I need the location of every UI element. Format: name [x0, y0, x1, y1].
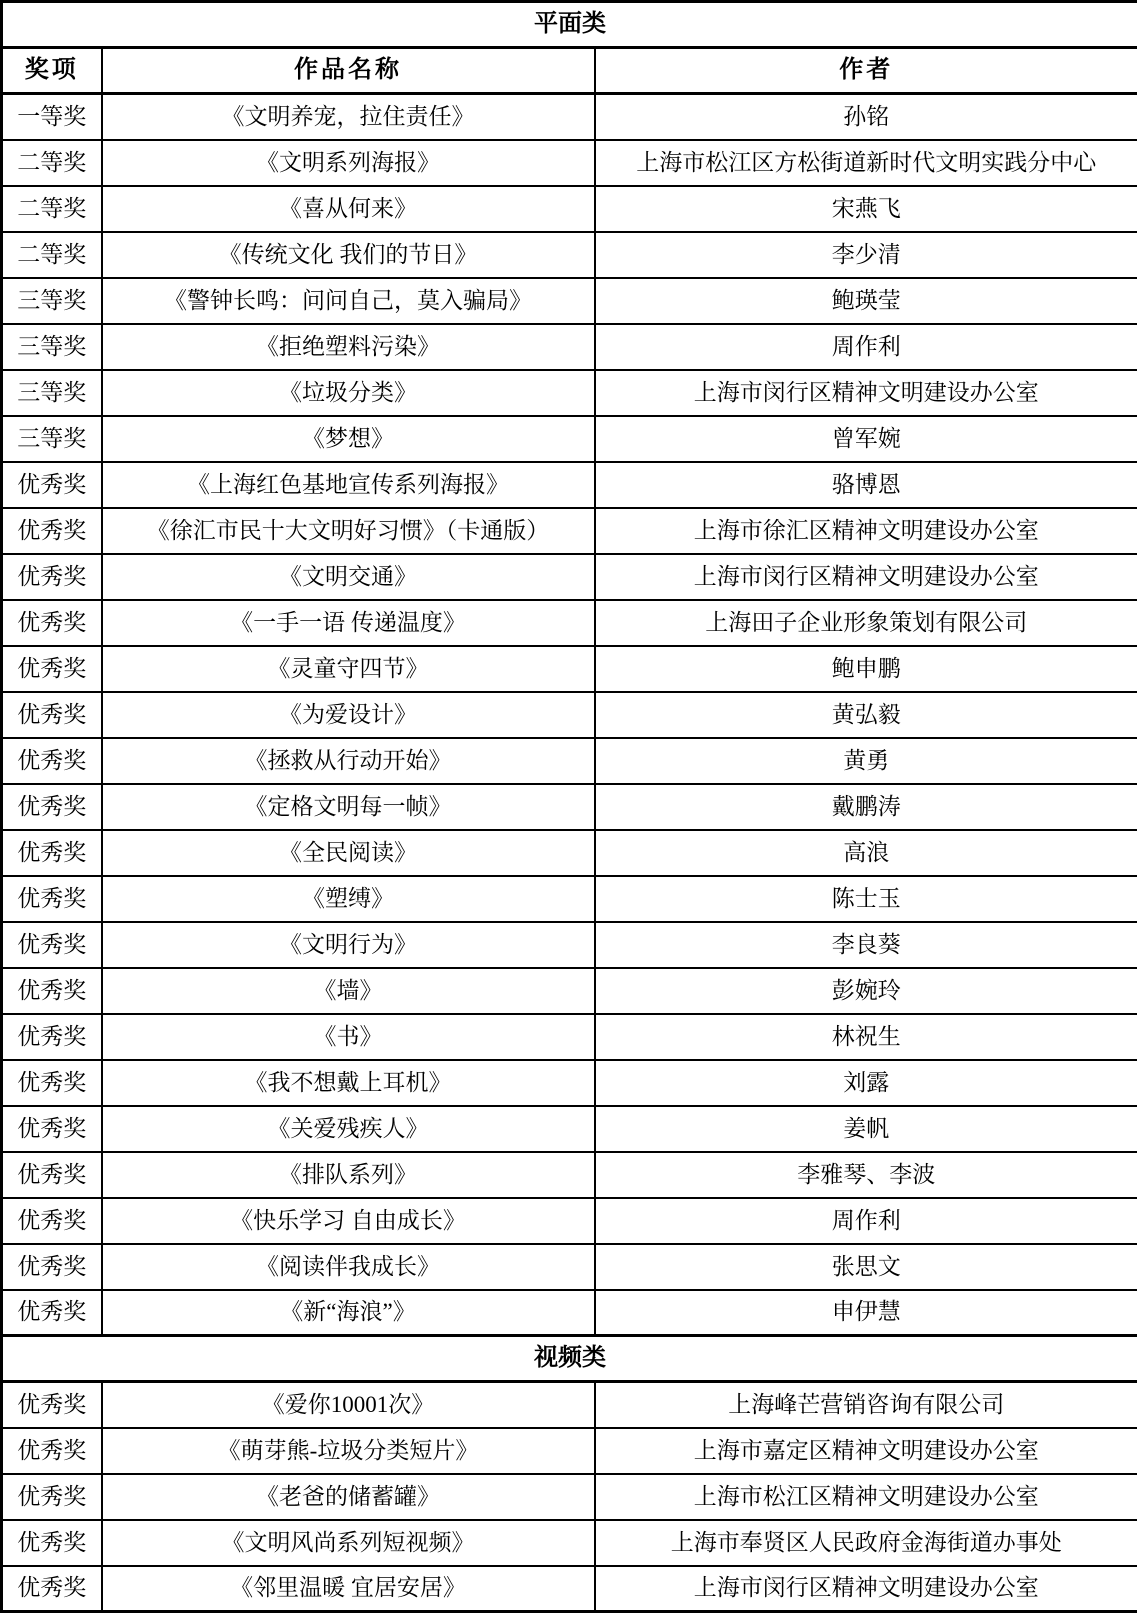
work-title-cell: 《警钟长鸣：问问自己，莫入骗局》 [102, 278, 595, 324]
work-title-cell: 《徐汇市民十大文明好习惯》（卡通版） [102, 508, 595, 554]
award-cell: 优秀奖 [2, 830, 102, 876]
award-cell: 优秀奖 [2, 738, 102, 784]
table-row: 优秀奖《老爸的储蓄罐》上海市松江区精神文明建设办公室 [2, 1474, 1137, 1520]
work-title-cell: 《排队系列》 [102, 1152, 595, 1198]
author-cell: 李良葵 [595, 922, 1137, 968]
work-title-cell: 《萌芽熊-垃圾分类短片》 [102, 1428, 595, 1474]
award-cell: 优秀奖 [2, 968, 102, 1014]
author-cell: 宋燕飞 [595, 186, 1137, 232]
table-row: 优秀奖《徐汇市民十大文明好习惯》（卡通版）上海市徐汇区精神文明建设办公室 [2, 508, 1137, 554]
work-title-cell: 《新“海浪”》 [102, 1290, 595, 1336]
work-title-cell: 《为爱设计》 [102, 692, 595, 738]
author-cell: 李少清 [595, 232, 1137, 278]
author-cell: 姜帆 [595, 1106, 1137, 1152]
award-cell: 二等奖 [2, 140, 102, 186]
award-cell: 优秀奖 [2, 1566, 102, 1612]
award-cell: 优秀奖 [2, 784, 102, 830]
table-row: 优秀奖《拯救从行动开始》黄勇 [2, 738, 1137, 784]
work-title-cell: 《文明系列海报》 [102, 140, 595, 186]
work-title-cell: 《传统文化 我们的节日》 [102, 232, 595, 278]
author-cell: 曾军婉 [595, 416, 1137, 462]
table-row: 优秀奖《爱你10001次》上海峰芒营销咨询有限公司 [2, 1382, 1137, 1428]
work-title-cell: 《文明行为》 [102, 922, 595, 968]
work-title-cell: 《我不想戴上耳机》 [102, 1060, 595, 1106]
award-cell: 三等奖 [2, 370, 102, 416]
document-page: 平面类奖项作品名称作者一等奖《文明养宠，拉住责任》孙铭二等奖《文明系列海报》上海… [0, 0, 1137, 1613]
author-cell: 周作利 [595, 324, 1137, 370]
work-title-cell: 《爱你10001次》 [102, 1382, 595, 1428]
author-cell: 上海市奉贤区人民政府金海街道办事处 [595, 1520, 1137, 1566]
award-cell: 三等奖 [2, 416, 102, 462]
author-cell: 上海市嘉定区精神文明建设办公室 [595, 1428, 1137, 1474]
work-title-cell: 《喜从何来》 [102, 186, 595, 232]
work-title-cell: 《一手一语 传递温度》 [102, 600, 595, 646]
author-cell: 黄弘毅 [595, 692, 1137, 738]
table-row: 三等奖《警钟长鸣：问问自己，莫入骗局》鲍瑛莹 [2, 278, 1137, 324]
table-row: 二等奖《喜从何来》宋燕飞 [2, 186, 1137, 232]
award-cell: 优秀奖 [2, 1152, 102, 1198]
section-header-row: 视频类 [2, 1336, 1137, 1382]
work-title-cell: 《上海红色基地宣传系列海报》 [102, 462, 595, 508]
work-title-cell: 《关爱残疾人》 [102, 1106, 595, 1152]
author-cell: 上海市闵行区精神文明建设办公室 [595, 554, 1137, 600]
section-title: 视频类 [2, 1336, 1137, 1382]
award-cell: 优秀奖 [2, 1014, 102, 1060]
author-cell: 林祝生 [595, 1014, 1137, 1060]
award-cell: 三等奖 [2, 324, 102, 370]
award-cell: 优秀奖 [2, 1290, 102, 1336]
table-row: 优秀奖《文明行为》李良葵 [2, 922, 1137, 968]
author-cell: 孙铭 [595, 94, 1137, 140]
col-header-award: 奖项 [2, 48, 102, 94]
author-cell: 上海市闵行区精神文明建设办公室 [595, 1566, 1137, 1612]
work-title-cell: 《全民阅读》 [102, 830, 595, 876]
author-cell: 上海市松江区精神文明建设办公室 [595, 1474, 1137, 1520]
author-cell: 鲍申鹏 [595, 646, 1137, 692]
award-cell: 优秀奖 [2, 1428, 102, 1474]
author-cell: 上海峰芒营销咨询有限公司 [595, 1382, 1137, 1428]
table-row: 优秀奖《排队系列》李雅琴、李波 [2, 1152, 1137, 1198]
table-row: 优秀奖《萌芽熊-垃圾分类短片》上海市嘉定区精神文明建设办公室 [2, 1428, 1137, 1474]
author-cell: 陈士玉 [595, 876, 1137, 922]
table-row: 优秀奖《定格文明每一帧》戴鹏涛 [2, 784, 1137, 830]
table-row: 优秀奖《书》林祝生 [2, 1014, 1137, 1060]
table-row: 优秀奖《文明风尚系列短视频》上海市奉贤区人民政府金海街道办事处 [2, 1520, 1137, 1566]
award-cell: 一等奖 [2, 94, 102, 140]
work-title-cell: 《文明风尚系列短视频》 [102, 1520, 595, 1566]
author-cell: 骆博恩 [595, 462, 1137, 508]
author-cell: 上海市松江区方松街道新时代文明实践分中心 [595, 140, 1137, 186]
table-row: 三等奖《垃圾分类》上海市闵行区精神文明建设办公室 [2, 370, 1137, 416]
author-cell: 申伊慧 [595, 1290, 1137, 1336]
award-cell: 优秀奖 [2, 1060, 102, 1106]
awards-table-body: 平面类奖项作品名称作者一等奖《文明养宠，拉住责任》孙铭二等奖《文明系列海报》上海… [2, 2, 1137, 1612]
author-cell: 鲍瑛莹 [595, 278, 1137, 324]
work-title-cell: 《快乐学习 自由成长》 [102, 1198, 595, 1244]
section-header-row: 平面类 [2, 2, 1137, 48]
author-cell: 戴鹏涛 [595, 784, 1137, 830]
table-row: 优秀奖《灵童守四节》鲍申鹏 [2, 646, 1137, 692]
author-cell: 上海市徐汇区精神文明建设办公室 [595, 508, 1137, 554]
author-cell: 黄勇 [595, 738, 1137, 784]
work-title-cell: 《邻里温暖 宜居安居》 [102, 1566, 595, 1612]
work-title-cell: 《拒绝塑料污染》 [102, 324, 595, 370]
award-cell: 优秀奖 [2, 1106, 102, 1152]
author-cell: 周作利 [595, 1198, 1137, 1244]
author-cell: 上海市闵行区精神文明建设办公室 [595, 370, 1137, 416]
table-row: 优秀奖《上海红色基地宣传系列海报》骆博恩 [2, 462, 1137, 508]
work-title-cell: 《墙》 [102, 968, 595, 1014]
award-cell: 优秀奖 [2, 646, 102, 692]
award-cell: 二等奖 [2, 232, 102, 278]
author-cell: 高浪 [595, 830, 1137, 876]
work-title-cell: 《文明养宠，拉住责任》 [102, 94, 595, 140]
award-cell: 优秀奖 [2, 692, 102, 738]
award-cell: 优秀奖 [2, 1198, 102, 1244]
award-cell: 优秀奖 [2, 508, 102, 554]
table-row: 优秀奖《为爱设计》黄弘毅 [2, 692, 1137, 738]
award-cell: 三等奖 [2, 278, 102, 324]
section-title: 平面类 [2, 2, 1137, 48]
work-title-cell: 《梦想》 [102, 416, 595, 462]
work-title-cell: 《阅读伴我成长》 [102, 1244, 595, 1290]
work-title-cell: 《塑缚》 [102, 876, 595, 922]
work-title-cell: 《文明交通》 [102, 554, 595, 600]
table-row: 优秀奖《我不想戴上耳机》刘露 [2, 1060, 1137, 1106]
table-row: 优秀奖《快乐学习 自由成长》周作利 [2, 1198, 1137, 1244]
author-cell: 刘露 [595, 1060, 1137, 1106]
award-cell: 优秀奖 [2, 1382, 102, 1428]
award-cell: 优秀奖 [2, 462, 102, 508]
award-cell: 优秀奖 [2, 876, 102, 922]
table-row: 三等奖《梦想》曾军婉 [2, 416, 1137, 462]
table-row: 优秀奖《关爱残疾人》姜帆 [2, 1106, 1137, 1152]
award-cell: 优秀奖 [2, 600, 102, 646]
table-row: 二等奖《传统文化 我们的节日》李少清 [2, 232, 1137, 278]
column-header-row: 奖项作品名称作者 [2, 48, 1137, 94]
awards-table: 平面类奖项作品名称作者一等奖《文明养宠，拉住责任》孙铭二等奖《文明系列海报》上海… [0, 0, 1137, 1613]
work-title-cell: 《拯救从行动开始》 [102, 738, 595, 784]
author-cell: 李雅琴、李波 [595, 1152, 1137, 1198]
table-row: 优秀奖《塑缚》陈士玉 [2, 876, 1137, 922]
table-row: 优秀奖《阅读伴我成长》张思文 [2, 1244, 1137, 1290]
table-row: 优秀奖《新“海浪”》申伊慧 [2, 1290, 1137, 1336]
table-row: 三等奖《拒绝塑料污染》周作利 [2, 324, 1137, 370]
award-cell: 优秀奖 [2, 1474, 102, 1520]
award-cell: 优秀奖 [2, 922, 102, 968]
work-title-cell: 《书》 [102, 1014, 595, 1060]
table-row: 优秀奖《一手一语 传递温度》上海田子企业形象策划有限公司 [2, 600, 1137, 646]
author-cell: 张思文 [595, 1244, 1137, 1290]
award-cell: 优秀奖 [2, 554, 102, 600]
award-cell: 优秀奖 [2, 1520, 102, 1566]
table-row: 优秀奖《邻里温暖 宜居安居》上海市闵行区精神文明建设办公室 [2, 1566, 1137, 1612]
work-title-cell: 《老爸的储蓄罐》 [102, 1474, 595, 1520]
work-title-cell: 《灵童守四节》 [102, 646, 595, 692]
author-cell: 彭婉玲 [595, 968, 1137, 1014]
author-cell: 上海田子企业形象策划有限公司 [595, 600, 1137, 646]
table-row: 优秀奖《文明交通》上海市闵行区精神文明建设办公室 [2, 554, 1137, 600]
award-cell: 二等奖 [2, 186, 102, 232]
table-row: 优秀奖《墙》彭婉玲 [2, 968, 1137, 1014]
work-title-cell: 《定格文明每一帧》 [102, 784, 595, 830]
col-header-work-title: 作品名称 [102, 48, 595, 94]
table-row: 一等奖《文明养宠，拉住责任》孙铭 [2, 94, 1137, 140]
work-title-cell: 《垃圾分类》 [102, 370, 595, 416]
table-row: 优秀奖《全民阅读》高浪 [2, 830, 1137, 876]
award-cell: 优秀奖 [2, 1244, 102, 1290]
table-row: 二等奖《文明系列海报》上海市松江区方松街道新时代文明实践分中心 [2, 140, 1137, 186]
col-header-author: 作者 [595, 48, 1137, 94]
